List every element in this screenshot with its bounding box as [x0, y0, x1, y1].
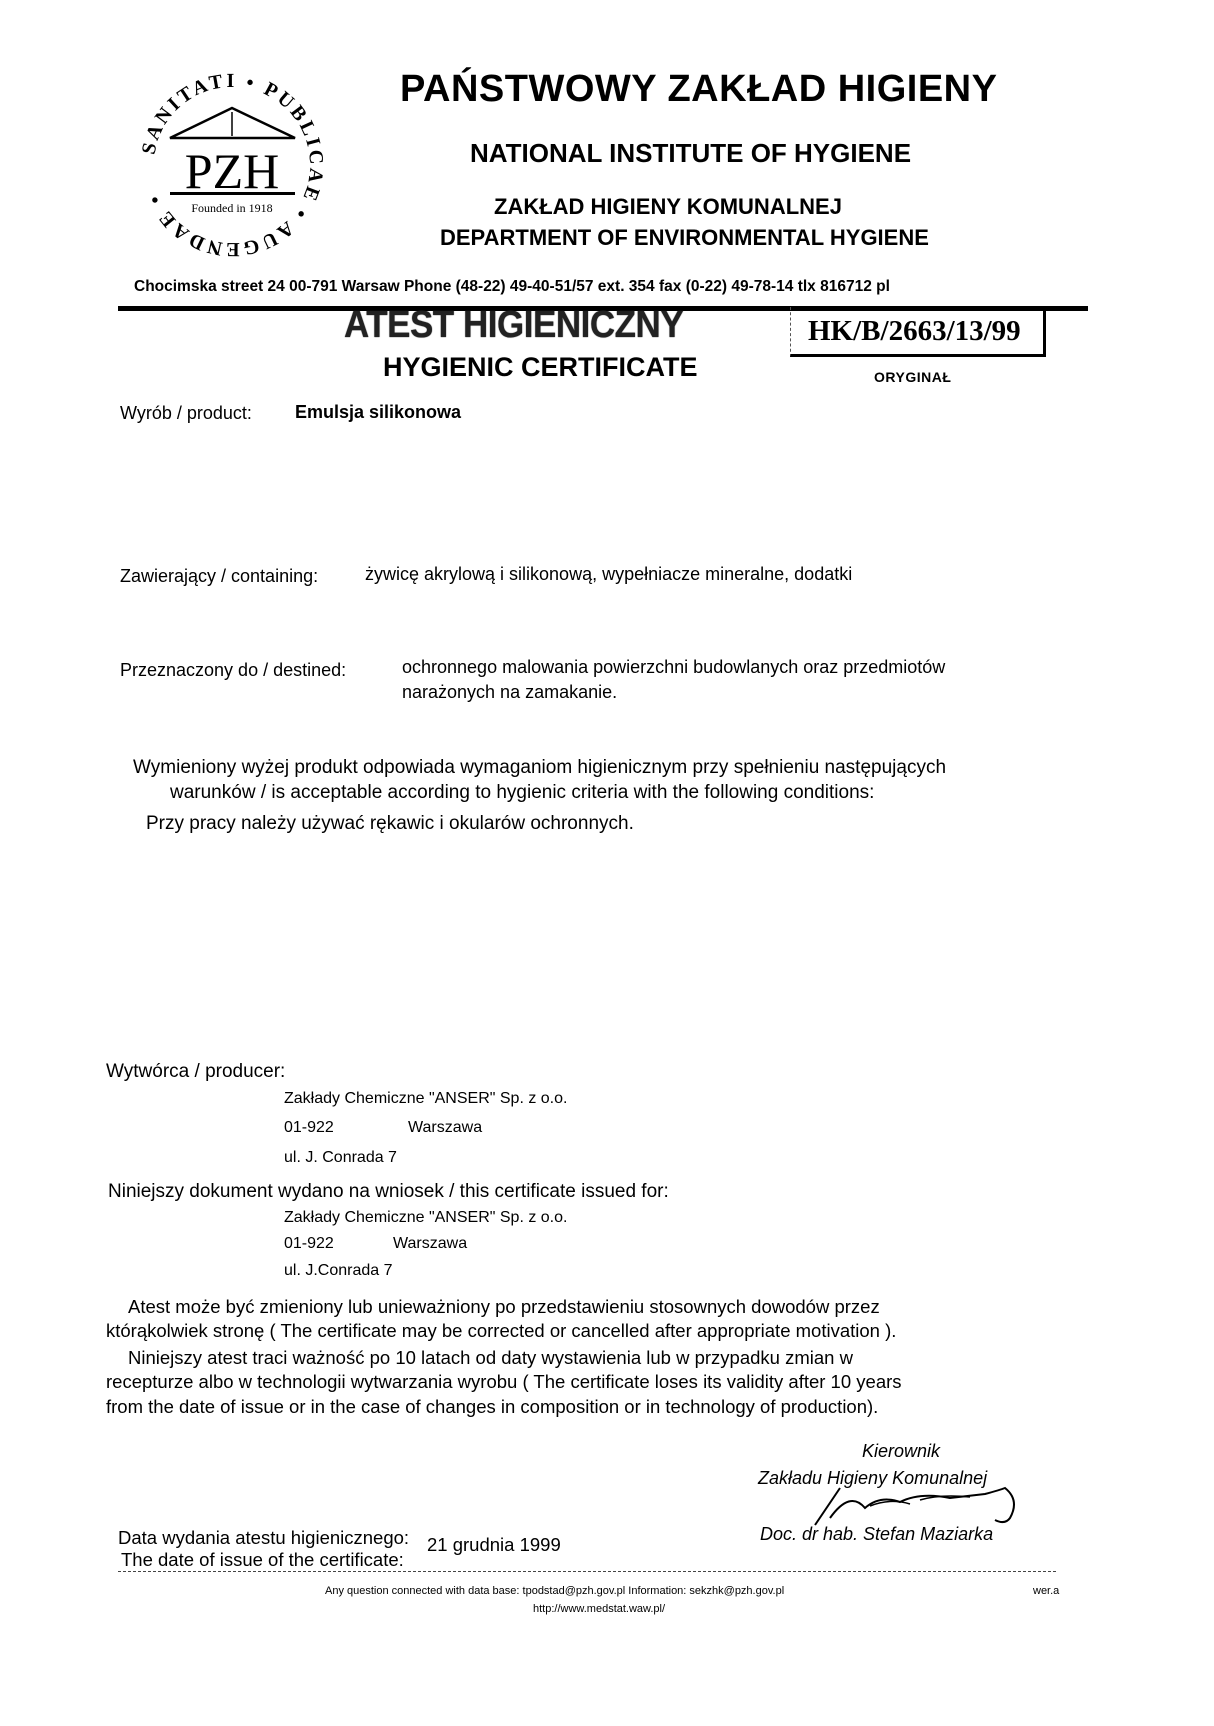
institute-address: Chocimska street 24 00-791 Warsaw Phone … [134, 278, 890, 296]
pzh-seal-icon: SANITATI • PUBLICAE • AUGENDAE • PZH Fou… [125, 70, 340, 260]
department-english: DEPARTMENT OF ENVIRONMENTAL HYGIENE [440, 225, 929, 251]
conditions-text: Wymieniony wyżej produkt odpowiada wymag… [133, 757, 946, 779]
conditions-text: warunków / is acceptable according to hy… [170, 782, 874, 804]
validity-note: Atest może być zmieniony lub unieważnion… [128, 1296, 880, 1318]
footer-url: http://www.medstat.waw.pl/ [533, 1603, 665, 1615]
handwritten-signature-icon [810, 1480, 1040, 1530]
footer-version: wer.a [1033, 1585, 1059, 1597]
destined-value-line: narażonych na zamakanie. [402, 682, 617, 703]
validity-note: którąkolwiek stronę ( The certificate ma… [106, 1320, 896, 1342]
destined-label: Przeznaczony do / destined: [120, 660, 346, 681]
signatory-name: Doc. dr hab. Stefan Maziarka [760, 1524, 993, 1545]
institute-subtitle: NATIONAL INSTITUTE OF HYGIENE [470, 138, 911, 169]
producer-postal-code: 01-922 [284, 1119, 334, 1137]
issued-for-label: Niniejszy dokument wydano na wniosek / t… [108, 1181, 669, 1203]
producer-street: ul. J. Conrada 7 [284, 1149, 397, 1167]
product-label: Wyrób / product: [120, 403, 252, 424]
producer-label: Wytwórca / producer: [106, 1061, 285, 1083]
signatory-title: Kierownik [862, 1441, 940, 1462]
product-value: Emulsja silikonowa [295, 402, 461, 423]
conditions-requirement: Przy pracy należy używać rękawic i okula… [146, 813, 634, 835]
issue-date-label-english: The date of issue of the certificate: [121, 1549, 404, 1571]
containing-label: Zawierający / containing: [120, 566, 318, 587]
certificate-title-english: HYGIENIC CERTIFICATE [383, 352, 698, 383]
issue-date-value: 21 grudnia 1999 [427, 1534, 561, 1556]
issued-for-street: ul. J.Conrada 7 [284, 1262, 393, 1280]
destined-value-line: ochronnego malowania powierzchni budowla… [402, 657, 945, 678]
certificate-number: HK/B/2663/13/99 [808, 315, 1021, 348]
validity-note: Niniejszy atest traci ważność po 10 lata… [128, 1347, 853, 1369]
footer-contact: Any question connected with data base: t… [325, 1585, 784, 1597]
institute-title: PAŃSTWOWY ZAKŁAD HIGIENY [400, 68, 997, 111]
logo-founded: Founded in 1918 [191, 201, 272, 215]
logo-initials: PZH [185, 143, 279, 199]
issued-for-postal-code: 01-922 [284, 1235, 334, 1253]
certificate-title-polish: ATEST HIGIENICZNY [344, 304, 683, 347]
validity-note: recepturze albo w technologii wytwarzani… [106, 1371, 902, 1393]
footer-divider [118, 1571, 1056, 1572]
original-stamp: ORYGINAŁ [874, 369, 951, 385]
department-polish: ZAKŁAD HIGIENY KOMUNALNEJ [494, 194, 842, 220]
issued-for-city: Warszawa [393, 1235, 467, 1253]
producer-name: Zakłady Chemiczne "ANSER" Sp. z o.o. [284, 1090, 567, 1108]
issue-date-label-polish: Data wydania atestu higienicznego: [118, 1527, 409, 1549]
containing-value: żywicę akrylową i silikonową, wypełniacz… [365, 564, 852, 585]
producer-city: Warszawa [408, 1119, 482, 1137]
issued-for-name: Zakłady Chemiczne "ANSER" Sp. z o.o. [284, 1209, 567, 1227]
pzh-logo: SANITATI • PUBLICAE • AUGENDAE • PZH Fou… [125, 70, 340, 260]
validity-note: from the date of issue or in the case of… [106, 1396, 878, 1418]
